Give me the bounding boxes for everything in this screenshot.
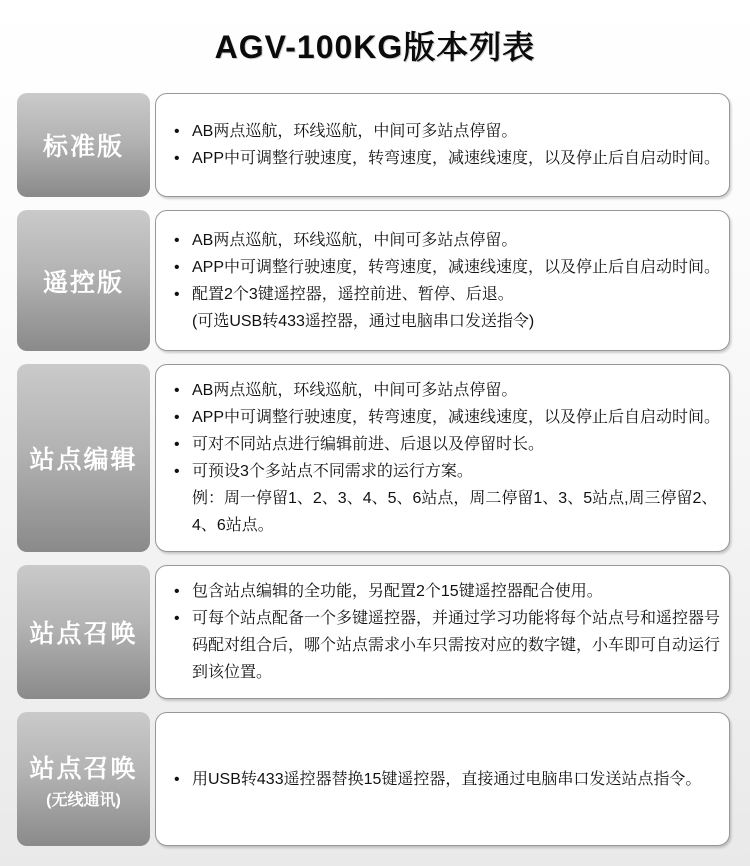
feature-text: 例：周一停留1、2、3、4、5、6站点，周二停留1、3、5站点,周三停留2、4、…	[192, 485, 721, 539]
feature-line: • APP中可调整行驶速度，转弯速度，减速线速度，以及停止后自启动时间。	[174, 404, 721, 431]
bullet-icon: •	[174, 118, 192, 145]
version-row-station-call-wireless: 站点召唤 (无线通讯) • 用USB转433遥控器替换15键遥控器，直接通过电脑…	[17, 712, 730, 846]
version-features: • AB两点巡航，环线巡航，中间可多站点停留。 • APP中可调整行驶速度，转弯…	[155, 93, 730, 197]
feature-text: 用USB转433遥控器替换15键遥控器，直接通过电脑串口发送站点指令。	[192, 766, 721, 793]
feature-line: • 用USB转433遥控器替换15键遥控器，直接通过电脑串口发送站点指令。	[174, 766, 721, 793]
version-label-text: 遥控版	[43, 263, 124, 299]
feature-line: • 可对不同站点进行编辑前进、后退以及停留时长。	[174, 431, 721, 458]
bullet-icon: •	[174, 605, 192, 632]
version-label-text: 站点召唤	[29, 749, 137, 785]
feature-text: APP中可调整行驶速度，转弯速度，减速线速度，以及停止后自启动时间。	[192, 404, 721, 431]
version-label: 遥控版	[17, 210, 150, 351]
version-row-remote: 遥控版 • AB两点巡航，环线巡航，中间可多站点停留。 • APP中可调整行驶速…	[17, 210, 730, 351]
version-label: 站点编辑	[17, 364, 150, 552]
bullet-icon: •	[174, 404, 192, 431]
version-features: • 包含站点编辑的全功能，另配置2个15键遥控器配合使用。 • 可每个站点配备一…	[155, 565, 730, 699]
feature-line: • 配置2个3键遥控器，遥控前进、暂停、后退。	[174, 281, 721, 308]
version-label-text: 站点召唤	[29, 614, 137, 650]
bullet-icon: •	[174, 254, 192, 281]
feature-text: (可选USB转433遥控器，通过电脑串口发送指令)	[192, 308, 721, 335]
feature-line: • APP中可调整行驶速度，转弯速度，减速线速度，以及停止后自启动时间。	[174, 254, 721, 281]
bullet-icon: •	[174, 578, 192, 605]
version-label: 标准版	[17, 93, 150, 197]
version-features: • 用USB转433遥控器替换15键遥控器，直接通过电脑串口发送站点指令。	[155, 712, 730, 846]
bullet-icon: •	[174, 281, 192, 308]
feature-line: • APP中可调整行驶速度，转弯速度，减速线速度，以及停止后自启动时间。	[174, 145, 721, 172]
feature-text: AB两点巡航，环线巡航，中间可多站点停留。	[192, 377, 721, 404]
bullet-icon: •	[174, 431, 192, 458]
feature-text: AB两点巡航，环线巡航，中间可多站点停留。	[192, 227, 721, 254]
version-row-standard: 标准版 • AB两点巡航，环线巡航，中间可多站点停留。 • APP中可调整行驶速…	[17, 93, 730, 197]
feature-note: (可选USB转433遥控器，通过电脑串口发送指令)	[174, 308, 721, 335]
feature-line: • 包含站点编辑的全功能，另配置2个15键遥控器配合使用。	[174, 578, 721, 605]
feature-text: 可对不同站点进行编辑前进、后退以及停留时长。	[192, 431, 721, 458]
bullet-icon: •	[174, 145, 192, 172]
feature-text: 配置2个3键遥控器，遥控前进、暂停、后退。	[192, 281, 721, 308]
feature-text: AB两点巡航，环线巡航，中间可多站点停留。	[192, 118, 721, 145]
version-list: 标准版 • AB两点巡航，环线巡航，中间可多站点停留。 • APP中可调整行驶速…	[0, 93, 750, 846]
version-features: • AB两点巡航，环线巡航，中间可多站点停留。 • APP中可调整行驶速度，转弯…	[155, 364, 730, 552]
feature-line: • AB两点巡航，环线巡航，中间可多站点停留。	[174, 377, 721, 404]
version-label: 站点召唤 (无线通讯)	[17, 712, 150, 846]
version-label-text: 标准版	[43, 127, 124, 163]
feature-text: 可预设3个多站点不同需求的运行方案。	[192, 458, 721, 485]
feature-text: APP中可调整行驶速度，转弯速度，减速线速度，以及停止后自启动时间。	[192, 254, 721, 281]
feature-line: • 可每个站点配备一个多键遥控器，并通过学习功能将每个站点号和遥控器号码配对组合…	[174, 605, 721, 686]
feature-line: • 可预设3个多站点不同需求的运行方案。	[174, 458, 721, 485]
version-sublabel-text: (无线通讯)	[46, 787, 121, 810]
feature-text: APP中可调整行驶速度，转弯速度，减速线速度，以及停止后自启动时间。	[192, 145, 721, 172]
version-label: 站点召唤	[17, 565, 150, 699]
bullet-icon: •	[174, 766, 192, 793]
bullet-icon: •	[174, 377, 192, 404]
bullet-icon: •	[174, 458, 192, 485]
page-title: AGV-100KG版本列表	[0, 22, 750, 68]
bullet-icon: •	[174, 227, 192, 254]
feature-text: 包含站点编辑的全功能，另配置2个15键遥控器配合使用。	[192, 578, 721, 605]
feature-note: 例：周一停留1、2、3、4、5、6站点，周二停留1、3、5站点,周三停留2、4、…	[174, 485, 721, 539]
feature-line: • AB两点巡航，环线巡航，中间可多站点停留。	[174, 118, 721, 145]
version-row-station-edit: 站点编辑 • AB两点巡航，环线巡航，中间可多站点停留。 • APP中可调整行驶…	[17, 364, 730, 552]
feature-text: 可每个站点配备一个多键遥控器，并通过学习功能将每个站点号和遥控器号码配对组合后，…	[192, 605, 721, 686]
version-row-station-call: 站点召唤 • 包含站点编辑的全功能，另配置2个15键遥控器配合使用。 • 可每个…	[17, 565, 730, 699]
feature-line: • AB两点巡航，环线巡航，中间可多站点停留。	[174, 227, 721, 254]
version-features: • AB两点巡航，环线巡航，中间可多站点停留。 • APP中可调整行驶速度，转弯…	[155, 210, 730, 351]
version-label-text: 站点编辑	[29, 440, 137, 476]
